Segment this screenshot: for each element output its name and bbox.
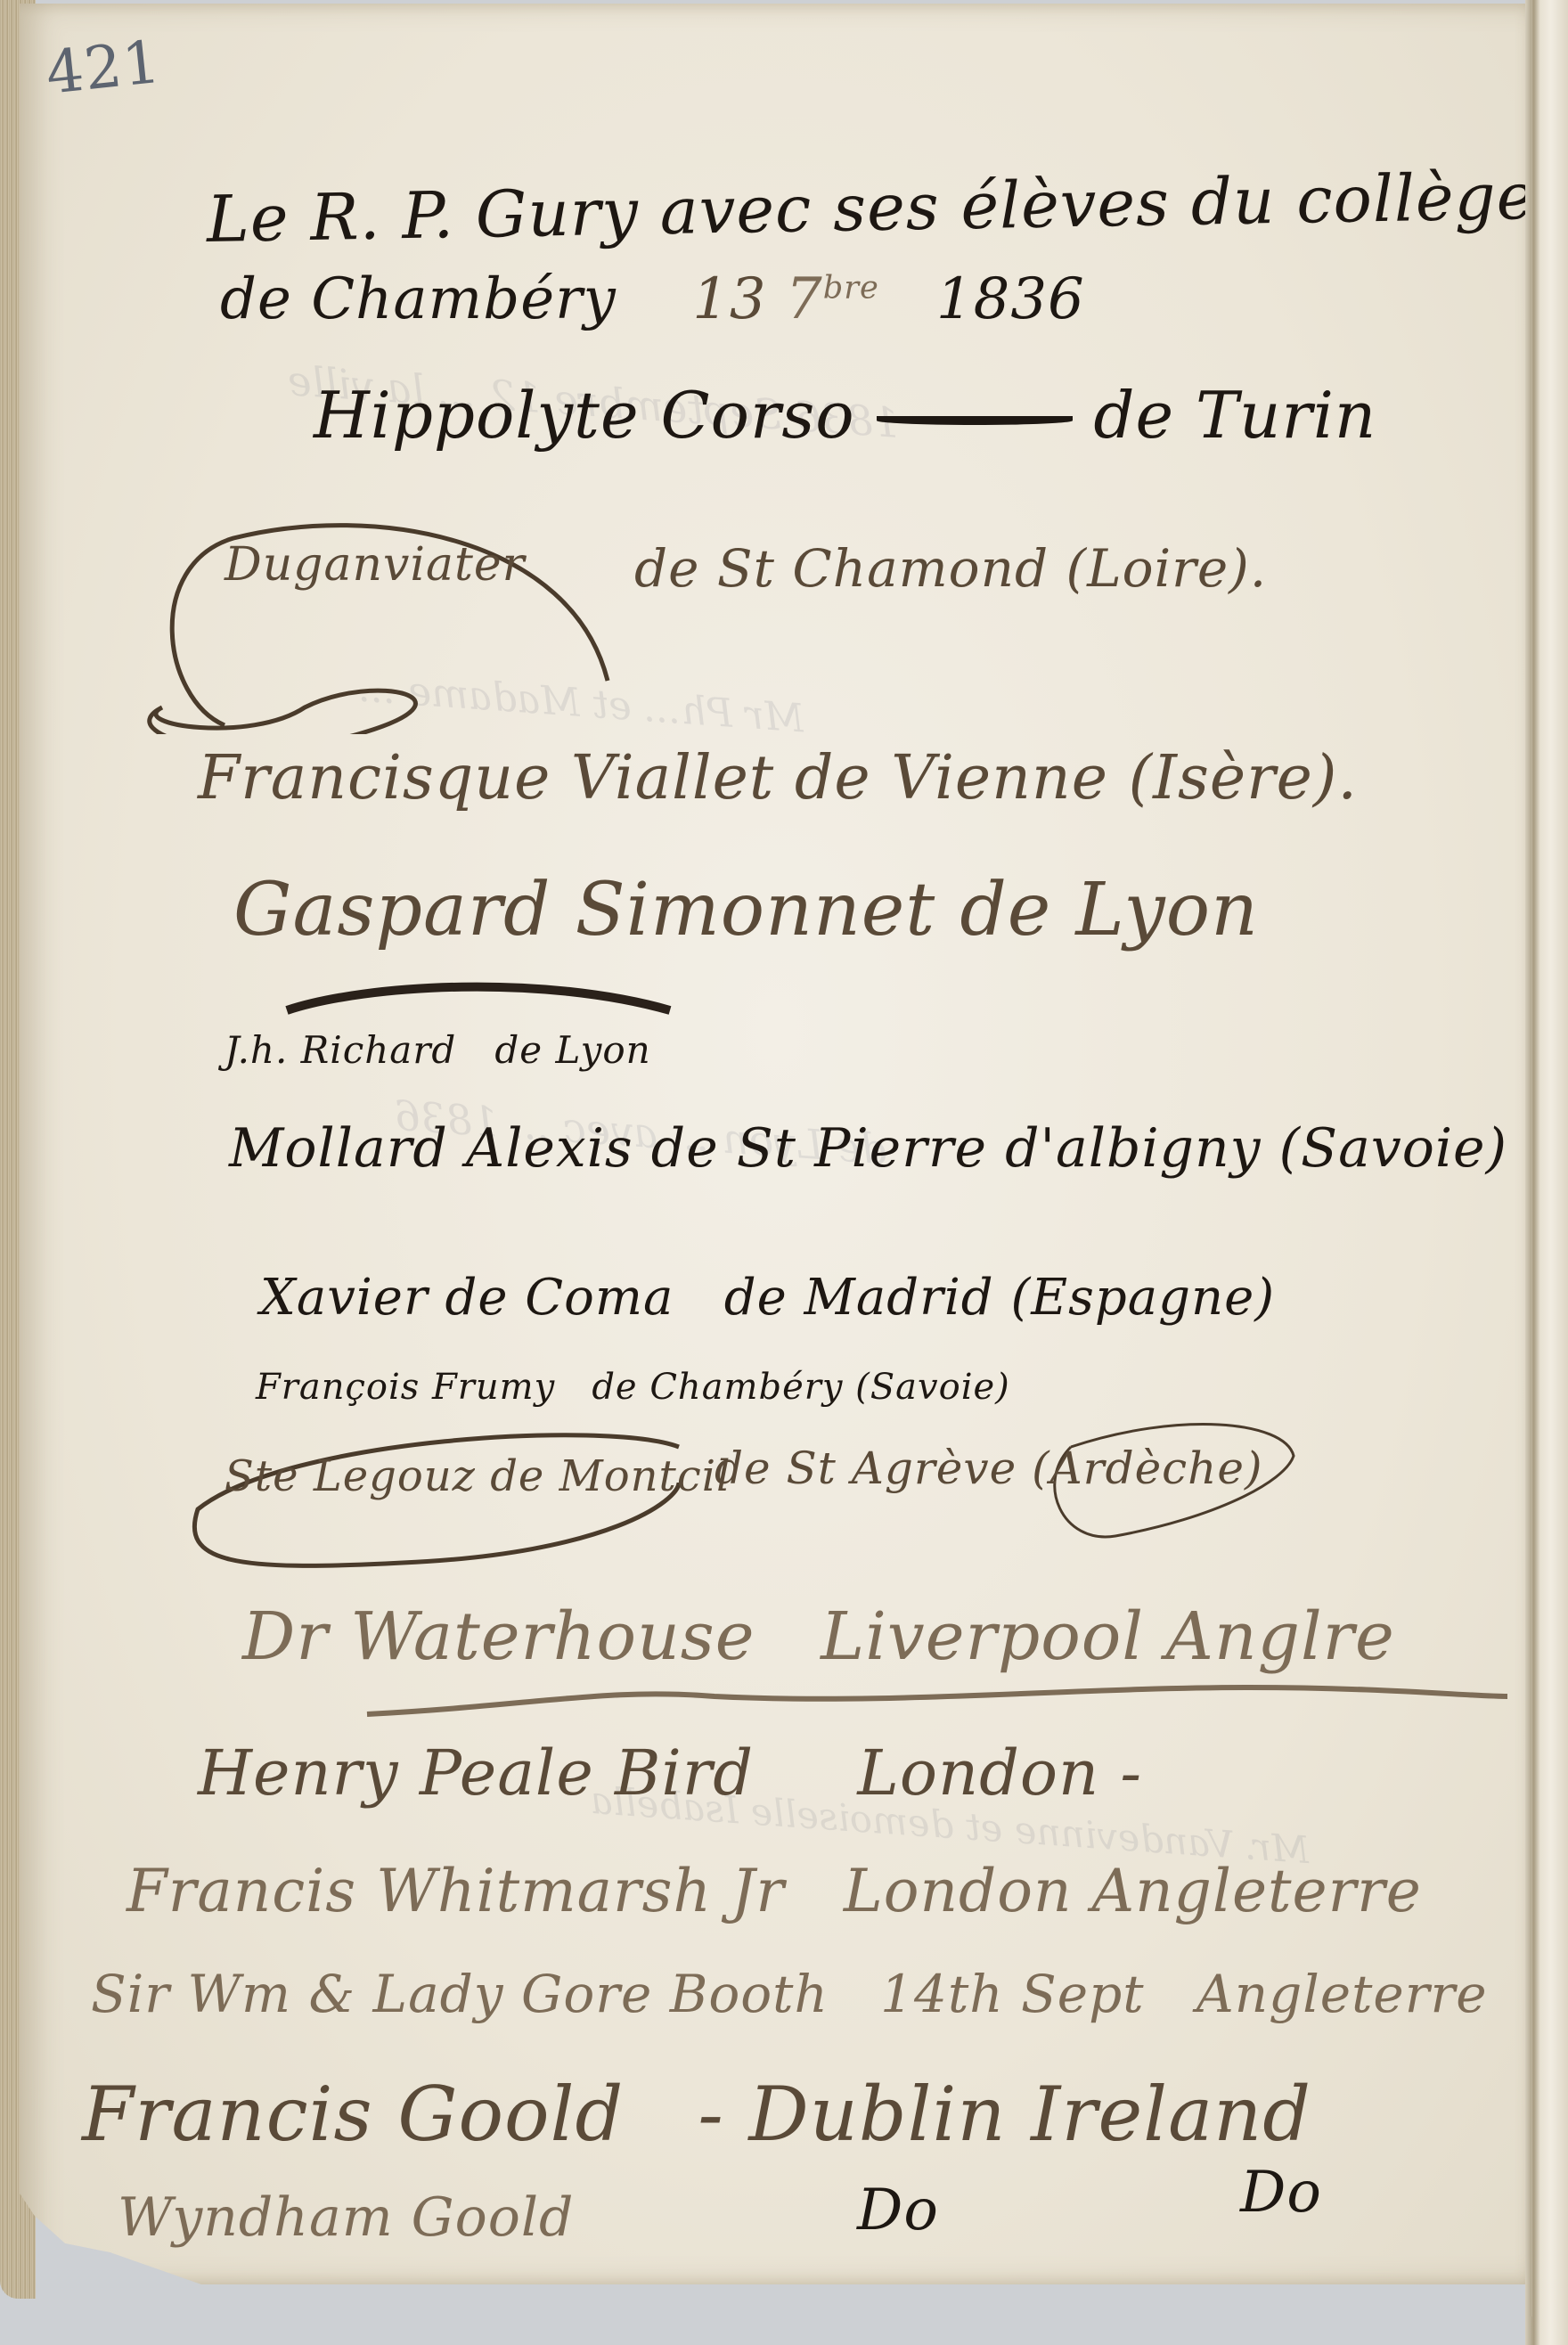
entry-legouz-origin: de St Agrève (Ardèche) [715,1442,1262,1494]
entry-mollard: Mollard Alexis de St Pierre d'albigny (S… [229,1117,1507,1180]
signature-origin: Angleterre [1196,1964,1488,2024]
entry-gury-month: 7 [786,266,823,332]
signature-origin: de Madrid (Espagne) [724,1269,1275,1327]
entry-legouz-name: Ste Legouz de Montcil [225,1451,731,1501]
entry-francis-goold: Francis Goold - Dublin Ireland [82,2071,1311,2158]
signature-origin: London Angleterre [844,1857,1422,1925]
ink-flourish [877,416,1073,425]
signature-origin: de Lyon [494,1028,650,1072]
signature-name: Francis Whitmarsh Jr [127,1857,785,1925]
signature-name: Mollard Alexis [229,1117,633,1180]
signature-name: Dr Waterhouse [242,1598,755,1675]
signature-name: Hippolyte Corso [314,378,855,453]
ditto-mark-city: Do [857,2177,939,2243]
signature-name: J.h. Richard [225,1028,456,1072]
entry-frumy: François Frumy de Chambéry (Savoie) [256,1367,1010,1408]
signature-origin: de St Pierre d'albigny (Savoie) [651,1117,1507,1180]
manuscript-page: 1836 Septembre 12 ... la ville Mr Ph... … [20,4,1534,2284]
signature-name: Francis Goold [82,2071,624,2158]
entry-viallet: Francisque Viallet de Vienne (Isère). [198,743,1358,813]
entry-whitmarsh: Francis Whitmarsh Jr London Angleterre [127,1857,1422,1925]
entry-gury-place: de Chambéry [220,266,617,332]
entry-gury-day: 13 [692,266,766,332]
entry-gury-year: 1836 [936,266,1085,332]
signature-origin: de Chambéry (Savoie) [592,1367,1009,1408]
entry-wyndham-goold: Wyndham Goold [118,2186,574,2249]
entry-waterhouse: Dr Waterhouse Liverpool Anglre [242,1598,1395,1675]
entry-simonnet: Gaspard Simonnet de Lyon [233,868,1259,952]
signature-origin: Liverpool Anglre [821,1598,1395,1675]
underline-flourish [278,975,688,1028]
bleed-through-text: Mr Ph... et Madame ... [357,666,805,742]
signature-origin: de Vienne (Isère). [795,743,1358,813]
signature-origin: - Dublin Ireland [698,2071,1311,2158]
entry-richard: J.h. Richard de Lyon [225,1028,651,1072]
entry-bird: Henry Peale Bird London - [198,1736,1142,1810]
signature-date: 14th Sept [880,1964,1144,2024]
signature-origin: London - [857,1736,1142,1810]
scan-background: 1836 Septembre 12 ... la ville Mr Ph... … [0,0,1568,2345]
signature-name: Gaspard Simonnet [233,868,935,952]
entry-gury-line2: de Chambéry 13 7bre 1836 [220,266,1085,332]
entry-duganviater-name: Duganviater [225,538,526,592]
entry-gury-line1: Le R. P. Gury avec ses élèves du collège [206,159,1536,257]
folio-number: 421 [43,28,164,108]
signature-origin: de Lyon [960,868,1259,952]
ditto-mark-country: Do [1240,2160,1322,2226]
circle-flourish [109,502,643,734]
signature-name: Wyndham Goold [118,2186,574,2249]
entry-gury-month-suffix: bre [823,270,879,306]
entry-coma: Xavier de Coma de Madrid (Espagne) [260,1269,1275,1327]
entry-corso: Hippolyte Corso de Turin [314,378,1376,453]
gutter-fold-line [1530,0,1532,2316]
signature-name: Henry Peale Bird [198,1736,754,1810]
signature-origin: de Turin [1093,378,1376,453]
entry-duganviater-origin: de St Chamond (Loire). [634,538,1267,599]
signature-name: Xavier de Coma [260,1269,674,1327]
signature-name: Sir Wm & Lady Gore Booth [91,1964,829,2024]
signature-name: François Frumy [256,1367,555,1408]
separator-flourish [358,1679,1516,1723]
signature-name: Francisque Viallet [198,743,774,813]
entry-booth: Sir Wm & Lady Gore Booth 14th Sept Angle… [91,1964,1488,2024]
